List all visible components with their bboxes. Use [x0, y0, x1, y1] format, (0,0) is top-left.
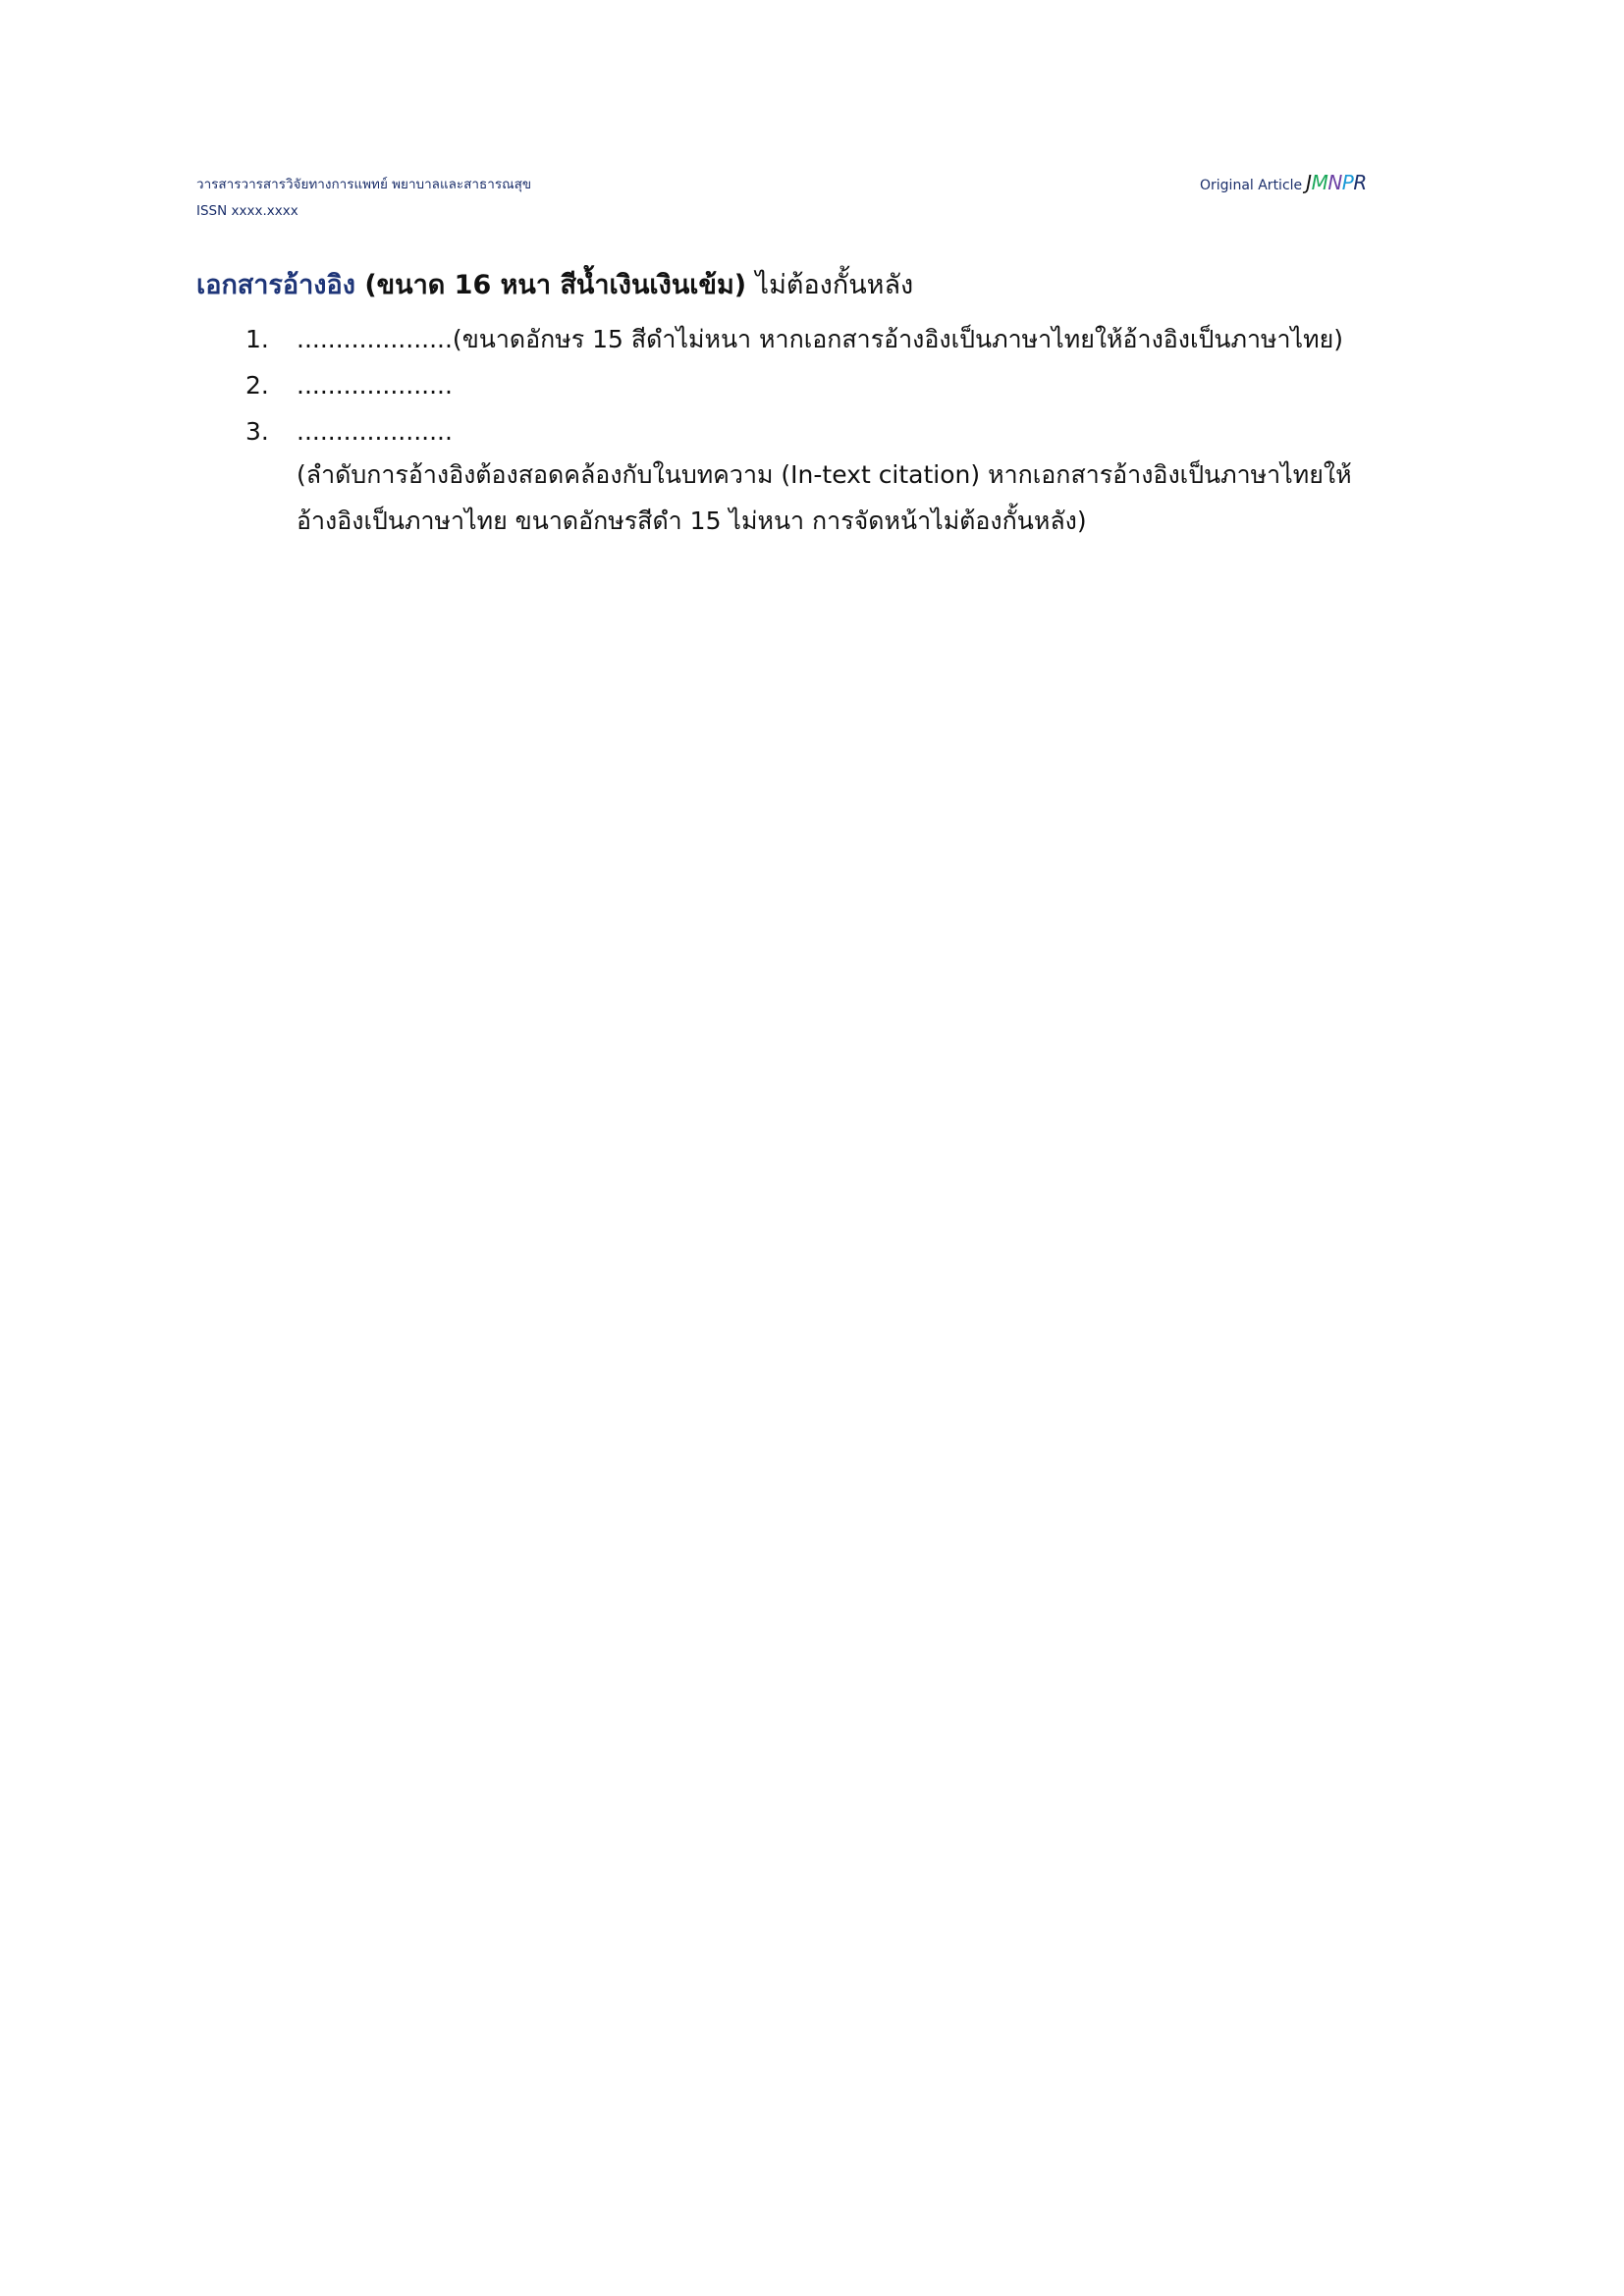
- heading-size-note: (ขนาด 16 หนา สีน้ำเงินเงินเข้ม): [364, 270, 746, 300]
- reference-text: ....................(ขนาดอักษร 15 สีดำไม…: [297, 316, 1343, 362]
- running-header-right: Original Article JMNPR: [1200, 171, 1367, 194]
- reference-item: 2. ....................: [245, 362, 1343, 408]
- reference-item: 3. ....................: [245, 408, 1343, 454]
- logo-letter: M: [1312, 171, 1328, 194]
- article-type: Original Article: [1200, 178, 1302, 193]
- logo-letter: N: [1327, 171, 1341, 194]
- reference-item: 1. ....................(ขนาดอักษร 15 สีด…: [245, 316, 1343, 362]
- reference-list: 1. ....................(ขนาดอักษร 15 สีด…: [245, 316, 1343, 454]
- reference-number: 2.: [245, 362, 297, 408]
- heading-title: เอกสารอ้างอิง: [196, 270, 355, 300]
- references-heading: เอกสารอ้างอิง (ขนาด 16 หนา สีน้ำเงินเงิน…: [196, 263, 913, 305]
- journal-logo: JMNPR: [1306, 171, 1367, 194]
- document-page: วารสารวารสารวิจัยทางการแพทย์ พยาบาลและสา…: [0, 0, 1624, 2296]
- reference-text: ....................: [297, 408, 453, 454]
- instruction-line: อ้างอิงเป็นภาษาไทย ขนาดอักษรสีดำ 15 ไม่ห…: [297, 498, 1455, 544]
- logo-letter: P: [1342, 171, 1354, 194]
- reference-number: 1.: [245, 316, 297, 362]
- running-header-left: วารสารวารสารวิจัยทางการแพทย์ พยาบาลและสา…: [196, 172, 531, 225]
- reference-number: 3.: [245, 408, 297, 454]
- reference-instructions: (ลำดับการอ้างอิงต้องสอดคล้องกับในบทความ …: [297, 452, 1455, 544]
- instruction-line: (ลำดับการอ้างอิงต้องสอดคล้องกับในบทความ …: [297, 452, 1455, 498]
- journal-title: วารสารวารสารวิจัยทางการแพทย์ พยาบาลและสา…: [196, 172, 531, 198]
- reference-text: ....................: [297, 362, 453, 408]
- issn: ISSN xxxx.xxxx: [196, 198, 531, 225]
- logo-letter: R: [1353, 171, 1366, 194]
- heading-alignment-note: ไม่ต้องกั้นหลัง: [756, 270, 914, 300]
